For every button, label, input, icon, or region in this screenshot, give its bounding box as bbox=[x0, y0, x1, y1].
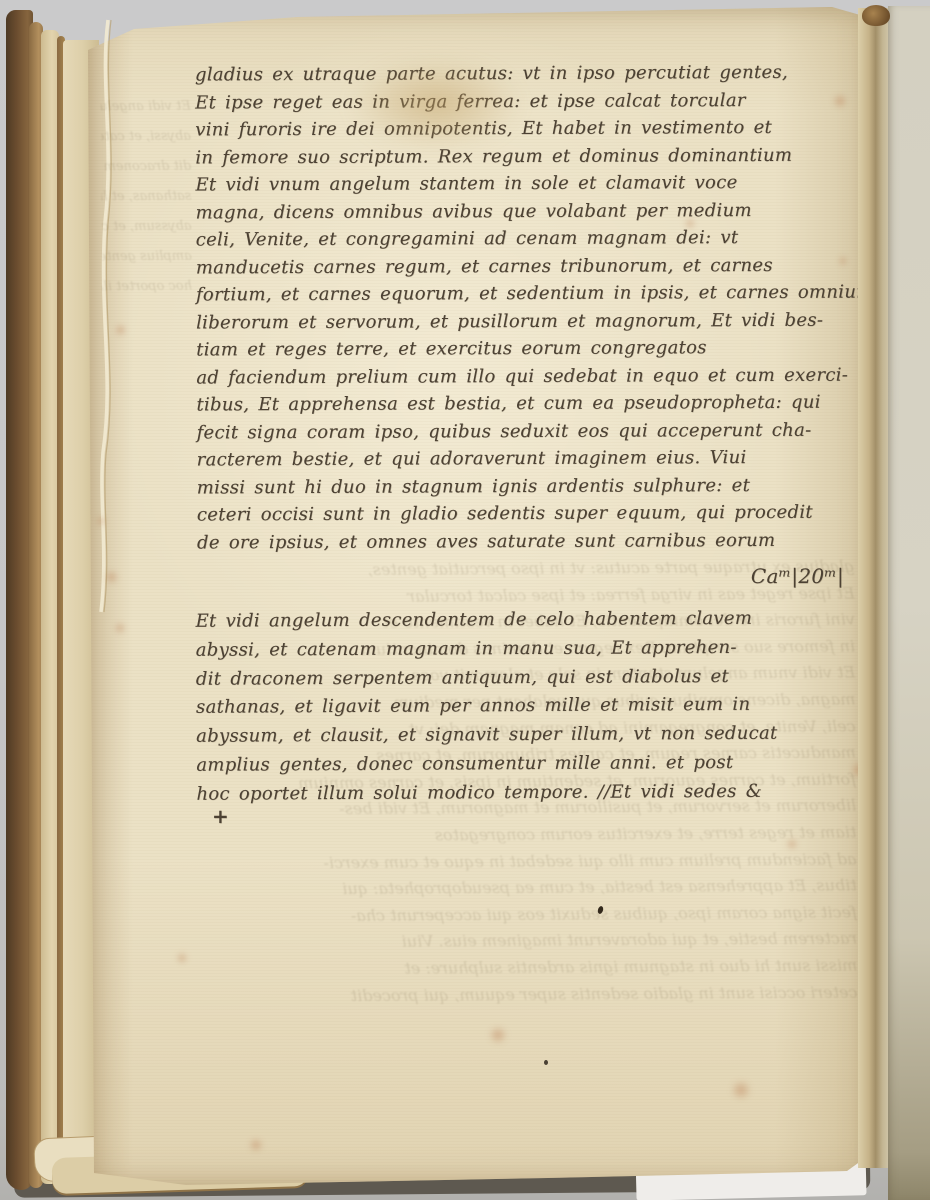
showthrough-line: abyssum, et clausit, et signavit super i… bbox=[102, 212, 192, 243]
foxing-stain bbox=[248, 1138, 264, 1152]
manuscript-line: amplius gentes, donec consumentur mille … bbox=[196, 748, 860, 780]
foxing-stain bbox=[684, 218, 696, 229]
foxing-stain bbox=[786, 838, 798, 850]
foxing-stain bbox=[488, 1026, 508, 1044]
manuscript-line: Et vidi vnum angelum stantem in sole et … bbox=[195, 169, 859, 199]
manuscript-line: abyssum, et clausit, et signavit super i… bbox=[196, 719, 860, 751]
manuscript-line: gladius ex utraque parte acutus: vt in i… bbox=[195, 59, 859, 89]
manuscript-line: Et vidi angelum descendentem de celo hab… bbox=[195, 604, 859, 636]
foxing-stain bbox=[114, 622, 126, 634]
manuscript-line: vini furoris ire dei omnipotentis, Et ha… bbox=[195, 114, 859, 144]
manuscript-line: in femore suo scriptum. Rex regum et dom… bbox=[195, 141, 859, 171]
parchment-stain bbox=[348, 58, 523, 150]
showthrough-line: Et vidi angelum descendentem de celo hab… bbox=[101, 92, 191, 123]
chapter-20-heading: Caᵐ|20ᵐ| bbox=[540, 564, 844, 588]
manuscript-line: celi, Venite, et congregamini ad cenam m… bbox=[196, 224, 860, 254]
cross-annotation-mark: + bbox=[212, 804, 229, 828]
showthrough-line: sathanas, et ligavit eum per annos mille… bbox=[101, 182, 191, 213]
vellum-next-page bbox=[888, 6, 930, 1200]
manuscript-line: liberorum et servorum, et pusillorum et … bbox=[196, 306, 860, 336]
manuscript-line: missi sunt hi duo in stagnum ignis arden… bbox=[197, 471, 861, 501]
binding-core bbox=[862, 5, 890, 26]
manuscript-line: hoc oportet illum solui modico tempore. … bbox=[196, 777, 860, 809]
page-fore-edge-fold bbox=[858, 8, 892, 1168]
foxing-stain bbox=[832, 94, 848, 108]
manuscript-line: magna, dicens omnibus avibus que volaban… bbox=[196, 196, 860, 226]
manuscript-line: ad faciendum prelium cum illo qui sedeba… bbox=[196, 361, 860, 391]
revelation-20-text-block: Et vidi angelum descendentem de celo hab… bbox=[195, 604, 860, 809]
showthrough-line: dit draconem serpentem antiquum, qui est… bbox=[101, 152, 191, 183]
manuscript-line: dit draconem serpentem antiquum, qui est… bbox=[196, 662, 860, 694]
foxing-stain bbox=[730, 1080, 752, 1100]
manuscript-line: Et ipse reget eas in virga ferrea: et ip… bbox=[195, 86, 859, 116]
showthrough-line: hoc oportet illum solui modico tempore. … bbox=[102, 272, 192, 303]
manuscript-line: tiam et reges terre, et exercitus eorum … bbox=[196, 334, 860, 364]
ink-blot bbox=[544, 1060, 548, 1065]
showthrough-line: abyssi, et catenam magnam in manu sua, E… bbox=[101, 122, 191, 153]
manuscript-line: abyssi, et catenam magnam in manu sua, E… bbox=[196, 633, 860, 665]
foxing-stain bbox=[114, 324, 127, 336]
ink-showthrough-margin: Et vidi angelum descendentem de celo hab… bbox=[101, 92, 194, 473]
foxing-stain bbox=[838, 256, 848, 266]
manuscript-line: sathanas, et ligavit eum per annos mille… bbox=[196, 691, 860, 723]
manuscript-line: ceteri occisi sunt in gladio sedentis su… bbox=[197, 499, 861, 529]
manuscript-line: tibus, Et apprehensa est bestia, et cum … bbox=[196, 389, 860, 419]
revelation-19-text-block: gladius ex utraque parte acutus: vt in i… bbox=[195, 59, 861, 557]
showthrough-line: missi sunt hi duo in stagnum ignis arden… bbox=[151, 952, 857, 984]
foxing-stain bbox=[176, 952, 188, 964]
manuscript-line: fortium, et carnes equorum, et sedentium… bbox=[196, 279, 860, 309]
manuscript-line: de ore ipsius, et omnes aves saturate su… bbox=[197, 526, 861, 556]
manuscript-line: manducetis carnes regum, et carnes tribu… bbox=[196, 251, 860, 281]
manuscript-line: fecit signa coram ipso, quibus seduxit e… bbox=[196, 416, 860, 446]
foxing-stain bbox=[96, 516, 106, 526]
manuscript-photo: { "photo": { "background_color": "#c7c7c… bbox=[0, 0, 930, 1200]
manuscript-line: racterem bestie, et qui adoraverunt imag… bbox=[197, 444, 861, 474]
foxing-stain bbox=[104, 570, 119, 584]
showthrough-line: amplius gentes, donec consumentur mille … bbox=[102, 242, 192, 273]
